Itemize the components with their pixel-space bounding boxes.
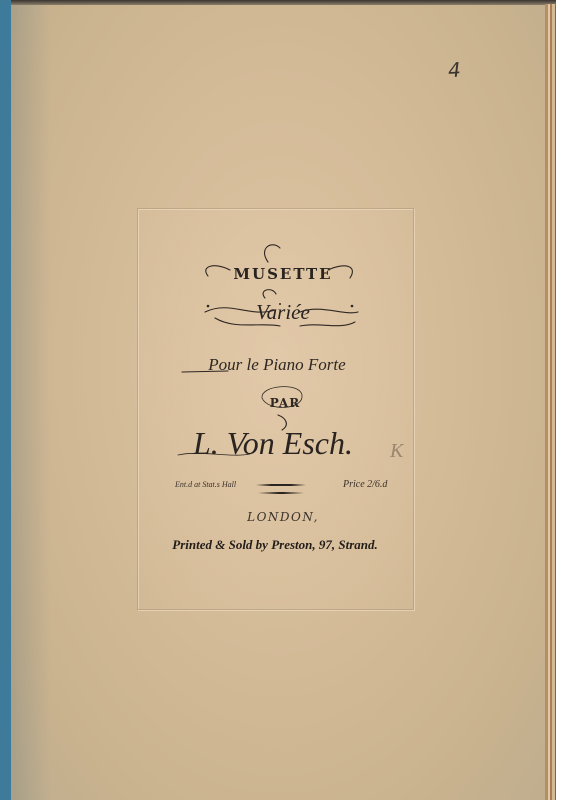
city: LONDON, bbox=[0, 510, 566, 524]
imprint: Printed & Sold by Preston, 97, Strand. bbox=[0, 537, 558, 553]
entered-at-stationers-hall: Ent.d at Stat.s Hall bbox=[175, 480, 236, 489]
ornamental-rule bbox=[256, 484, 306, 486]
title: MUSETTE bbox=[0, 265, 566, 283]
ornamental-rule bbox=[258, 492, 304, 494]
subtitle: Variée bbox=[0, 300, 566, 325]
instrument-line: Pour le Piano Forte bbox=[0, 355, 560, 375]
price: Price 2/6.d bbox=[343, 479, 387, 490]
composer-name: L. Von Esch. bbox=[0, 425, 556, 462]
composer-pencil-annotation: K bbox=[390, 440, 403, 463]
by-label: PAR bbox=[2, 396, 566, 410]
